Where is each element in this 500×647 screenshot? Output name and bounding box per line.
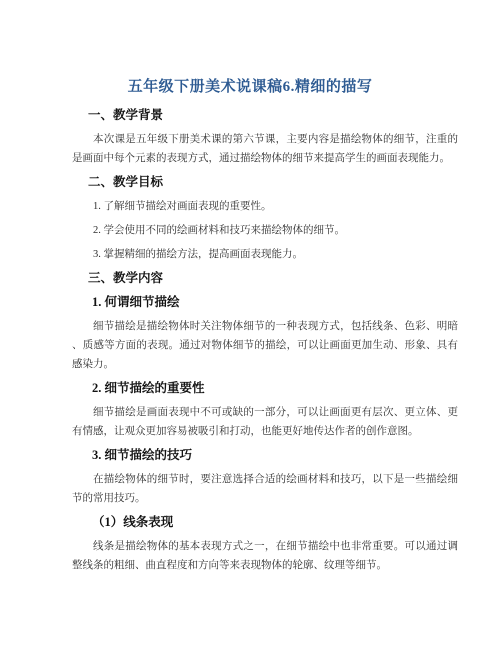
paragraph-background-intro: 本次课是五年级下册美术课的第六节课，主要内容是描绘物体的细节，注重的是画面中每个… [72, 130, 458, 168]
paragraph-importance: 细节描绘是画面表现中不可或缺的一部分，可以让画面更有层次、更立体、更有情感，让观… [72, 403, 458, 441]
document-title: 五年级下册美术说课稿6.精细的描写 [0, 77, 500, 97]
document-page: 五年级下册美术说课稿6.精细的描写 一、教学背景 本次课是五年级下册美术课的第六… [0, 0, 500, 647]
section-heading-objectives: 二、教学目标 [72, 173, 458, 192]
paragraph-what-is-detail: 细节描绘是描绘物体时关注物体细节的一种表现方式，包括线条、色彩、明暗、质感等方面… [72, 317, 458, 374]
section-heading-background: 一、教学背景 [72, 106, 458, 125]
paragraph-line-expression: 线条是描绘物体的基本表现方式之一，在细节描绘中也非常重要。可以通过调整线条的粗细… [72, 537, 458, 575]
subheading-importance: 2. 细节描绘的重要性 [72, 379, 458, 398]
objective-item-3: 3. 掌握精细的描绘方法，提高画面表现能力。 [72, 245, 458, 264]
subheading-techniques: 3. 细节描绘的技巧 [72, 446, 458, 465]
objective-item-2: 2. 学会使用不同的绘画材料和技巧来描绘物体的细节。 [72, 221, 458, 240]
subheading-what-is-detail: 1. 何谓细节描绘 [72, 293, 458, 312]
paragraph-techniques: 在描绘物体的细节时，要注意选择合适的绘画材料和技巧，以下是一些描绘细节的常用技巧… [72, 470, 458, 508]
section-heading-content: 三、教学内容 [72, 269, 458, 288]
subheading-line-expression: （1）线条表现 [72, 513, 458, 532]
objective-item-1: 1. 了解细节描绘对画面表现的重要性。 [72, 197, 458, 216]
